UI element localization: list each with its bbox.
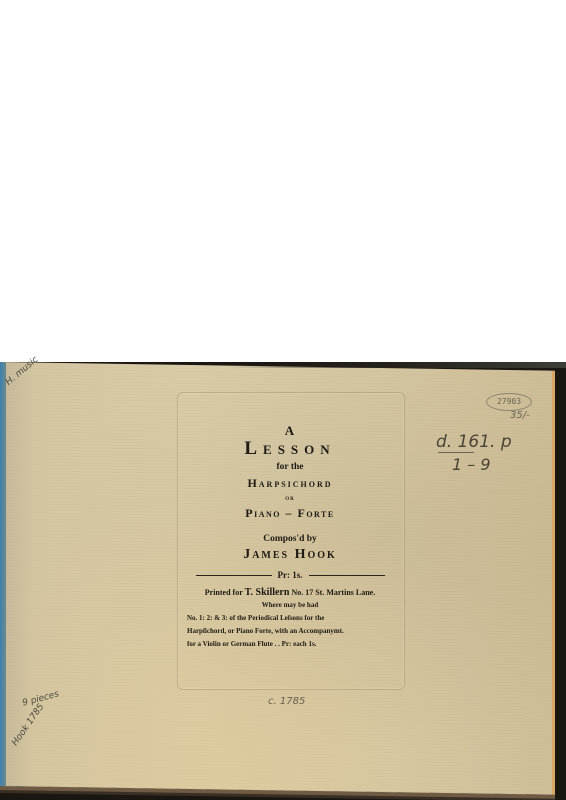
publisher-name: T. Skillern: [245, 587, 290, 598]
where-may-be-had: Where may be had: [177, 599, 403, 612]
shelfmark-underline: [438, 452, 474, 453]
right-rule: [309, 575, 385, 576]
printed-for-label: Printed for: [205, 588, 243, 597]
title-lesson: Lesson: [177, 438, 403, 460]
left-rule: [196, 575, 272, 576]
left-edge-binding: [0, 362, 6, 786]
page-top-shadow: [230, 362, 566, 368]
title-article: A: [177, 424, 403, 438]
title-piano-forte: Piano – Forte: [177, 504, 403, 522]
shelfmark-handwritten: d. 161. p: [436, 432, 512, 452]
title-or: or: [177, 492, 403, 504]
title-harpsichord: Harpsichord: [177, 474, 403, 492]
composed-by: Compos'd by: [177, 532, 403, 546]
price: Pr: 1s.: [278, 570, 303, 580]
imprint-printed-for: Printed for T. Skillern No. 17 St. Marti…: [177, 586, 403, 599]
price-row: Pr: 1s.: [177, 568, 403, 582]
title-block: A Lesson for the Harpsichord or Piano – …: [177, 424, 403, 651]
imprint: Printed for T. Skillern No. 17 St. Marti…: [177, 586, 403, 651]
publisher-address: No. 17 St. Martins Lane.: [291, 588, 375, 597]
imprint-accompaniment: Harpſichord, or Piano Forte, with an Acc…: [177, 625, 403, 638]
title-for-the: for the: [177, 460, 403, 474]
price-note-handwritten: 35/-: [510, 410, 530, 421]
imprint-periodical: No. 1: 2: & 3: of the Periodical Leſsons…: [177, 612, 403, 625]
imprint-violin-flute: for a Violin or German Flute . . Pr: eac…: [177, 638, 403, 651]
shelfmark-range: 1 – 9: [452, 455, 491, 474]
accession-stamp: 27903: [486, 393, 532, 411]
date-note-handwritten: c. 1785: [268, 696, 305, 707]
composer-name: James Hook: [177, 546, 403, 564]
